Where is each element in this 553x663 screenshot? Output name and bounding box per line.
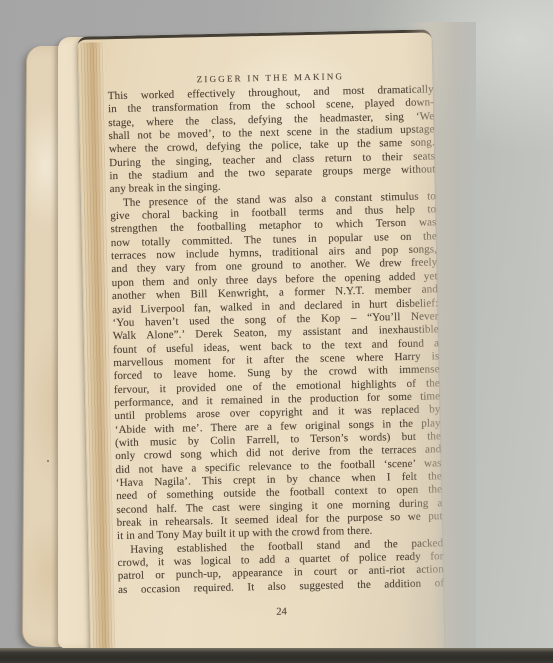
ink-speck: [117, 312, 119, 314]
scan-photo: ZIGGER IN THE MAKING This worked effecti…: [0, 0, 553, 663]
page-number: 24: [119, 603, 445, 621]
text-block: This worked effectively throughout, and …: [108, 83, 445, 597]
scan-bottom-shadow: [0, 648, 553, 663]
ink-speck: [47, 460, 49, 462]
book-page: ZIGGER IN THE MAKING This worked effecti…: [78, 29, 445, 659]
